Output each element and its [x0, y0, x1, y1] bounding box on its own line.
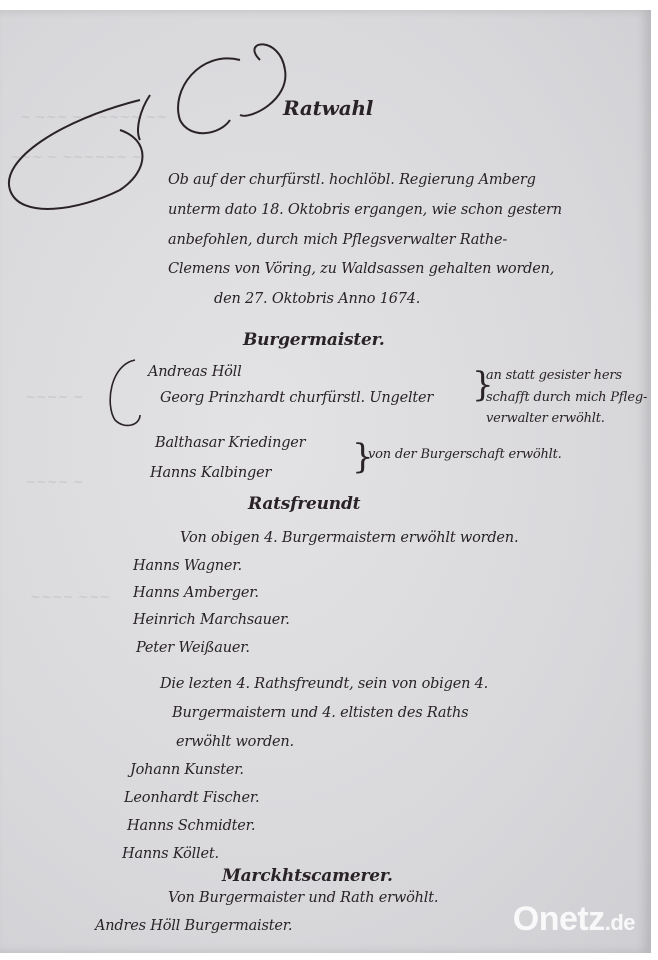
section-heading-burgermaister: Burgermaister.: [243, 330, 385, 350]
ratsfreundt2-name: Johann Kunster.: [130, 762, 244, 778]
section-heading-ratsfreundt: Ratsfreundt: [248, 494, 360, 514]
ratsfreundt2-intro: erwöhlt worden.: [176, 734, 294, 750]
burgermaister-name: Balthasar Kriedinger: [155, 435, 305, 451]
marktcamerer-name: Andres Höll Burgermaister.: [95, 918, 292, 934]
name-flourish: [105, 355, 145, 435]
ratsfreundt-intro: Von obigen 4. Burgermaistern erwöhlt wor…: [180, 530, 518, 546]
burgermaister-note: an statt gesister hers: [486, 368, 622, 383]
burgermaister-note: verwalter erwöhlt.: [486, 411, 605, 426]
ratsfreundt-name: Heinrich Marchsauer.: [133, 612, 290, 628]
ratsfreundt2-intro: Die lezten 4. Rathsfreundt, sein von obi…: [160, 676, 488, 692]
burgermaister-name: Georg Prinzhardt churfürstl. Ungelter: [160, 390, 433, 406]
manuscript-page: ~ ~~~ ~~ ~~~~ ~~ ~~~ ~ ~~~~~~ ~ ~~~~ ~ ~…: [0, 10, 651, 953]
intro-line: Ob auf der churfürstl. hochlöbl. Regieru…: [168, 172, 536, 188]
intro-line: unterm dato 18. Oktobris ergangen, wie s…: [168, 202, 562, 218]
ratsfreundt2-name: Hanns Schmidter.: [127, 818, 255, 834]
bleed-through-text: ~~~~ ~~~: [30, 590, 110, 605]
ratsfreundt-name: Hanns Wagner.: [133, 558, 242, 574]
ratsfreundt2-name: Leonhardt Fischer.: [124, 790, 259, 806]
initial-flourish: [0, 30, 340, 230]
burgermaister-note: von der Burgerschaft erwöhlt.: [368, 447, 562, 462]
marktcamerer-intro: Von Burgermaister und Rath erwöhlt.: [168, 890, 438, 906]
bleed-through-text: ~~~~ ~: [25, 390, 84, 405]
intro-line: Clemens von Vöring, zu Waldsassen gehalt…: [168, 261, 554, 277]
onetz-watermark: Onetz.de: [513, 900, 635, 939]
document-title: Ratwahl: [283, 96, 373, 120]
ratsfreundt2-name: Hanns Köllet.: [122, 846, 219, 862]
burgermaister-name: Hanns Kalbinger: [150, 465, 271, 481]
section-heading-marktcamerer: Marckhtscamerer.: [222, 866, 393, 886]
intro-line: anbefohlen, durch mich Pflegsverwalter R…: [168, 232, 507, 248]
intro-date-line: den 27. Oktobris Anno 1674.: [214, 291, 420, 307]
ratsfreundt2-intro: Burgermaistern und 4. eltisten des Raths: [172, 705, 468, 721]
bleed-through-text: ~~~~ ~: [25, 475, 84, 490]
burgermaister-note: schafft durch mich Pfleg-: [486, 390, 647, 405]
burgermaister-name: Andreas Höll: [148, 364, 242, 380]
ratsfreundt-name: Peter Weißauer.: [136, 640, 250, 656]
ratsfreundt-name: Hanns Amberger.: [133, 585, 259, 601]
